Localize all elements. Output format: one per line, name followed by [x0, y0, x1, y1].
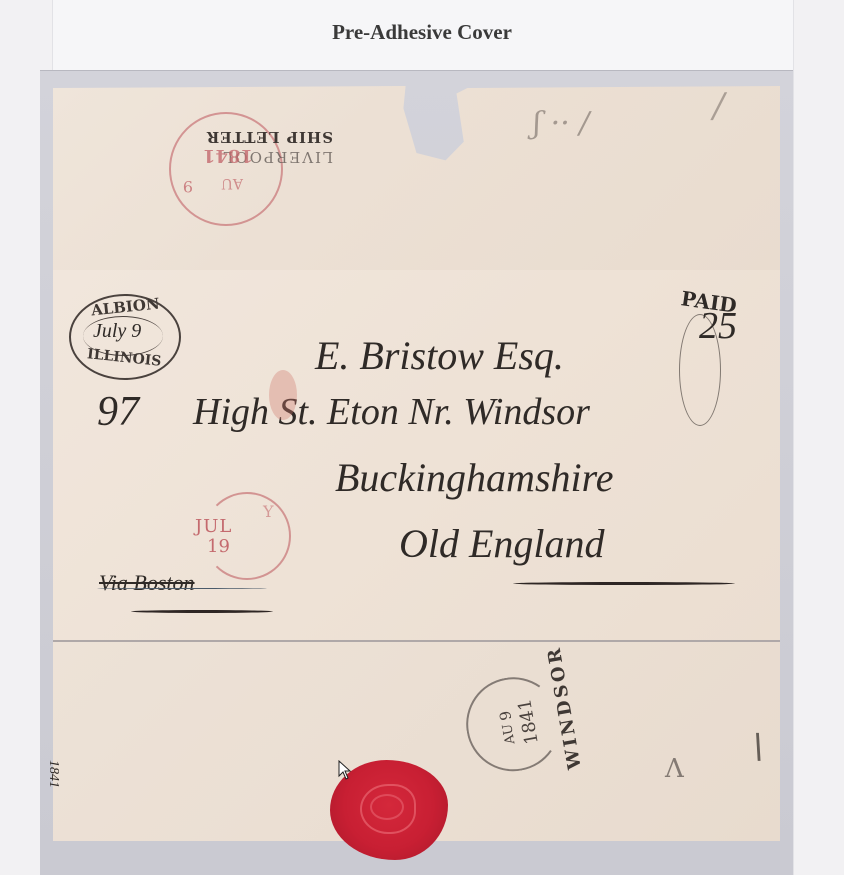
routing-underline [131, 610, 273, 613]
cover-back-flap: LIVERPOOL SHIP LETTER 9 AU 1841 ʃ ·· ∕ ∕ [53, 86, 780, 272]
stamp-manuscript-date: July 9 [93, 320, 141, 343]
cover-address-panel: ALBION July 9 ILLINOIS PAID 25 E. Bristo… [53, 270, 780, 640]
paid-handstamp: PAID 25 [673, 290, 783, 430]
mouse-cursor-icon [338, 760, 352, 780]
windsor-stamp: WINDSOR AU 9 1841 [457, 657, 594, 786]
address-line-4: Old England [399, 520, 605, 567]
stamp-year: 1841 [203, 145, 253, 166]
stamp-month: AU [221, 175, 243, 191]
stamp-day: 9 [183, 177, 193, 196]
red-smudge [269, 370, 297, 420]
routing-instruction: Via Boston [99, 570, 195, 596]
seal-emboss-inner [370, 794, 404, 820]
stamp-day-19: 19 [207, 536, 230, 557]
albion-illinois-stamp: ALBION July 9 ILLINOIS [69, 294, 181, 380]
faded-manuscript-marks: ʃ ·· ∕ [533, 106, 589, 141]
side-notation: 1841 [45, 760, 61, 788]
stamp-ship-letter: SHIP LETTER [206, 128, 333, 146]
faint-manuscript-mark: Λ [665, 754, 684, 784]
rate-flourish [679, 314, 721, 426]
address-underline [513, 582, 735, 585]
liverpool-ship-letter-stamp: LIVERPOOL SHIP LETTER 9 AU 1841 [153, 96, 353, 226]
faint-manuscript-stroke: ∖ [743, 728, 765, 768]
faded-manuscript-marks-2: ∕ [713, 86, 724, 126]
stamp-month-jul: JUL [195, 516, 232, 537]
address-line-1: E. Bristow Esq. [315, 332, 564, 379]
routing-strike-line [97, 588, 267, 589]
jul-19-stamp: JUL 19 Y [183, 492, 293, 582]
stamp-letter: Y [263, 502, 274, 521]
postal-cover: LIVERPOOL SHIP LETTER 9 AU 1841 ʃ ·· ∕ ∕… [53, 86, 780, 841]
page-title: Pre-Adhesive Cover [0, 20, 844, 45]
address-number: 97 [97, 388, 139, 436]
address-line-3: Buckinghamshire [335, 454, 613, 501]
address-line-2: High St. Eton Nr. Windsor [193, 390, 590, 434]
